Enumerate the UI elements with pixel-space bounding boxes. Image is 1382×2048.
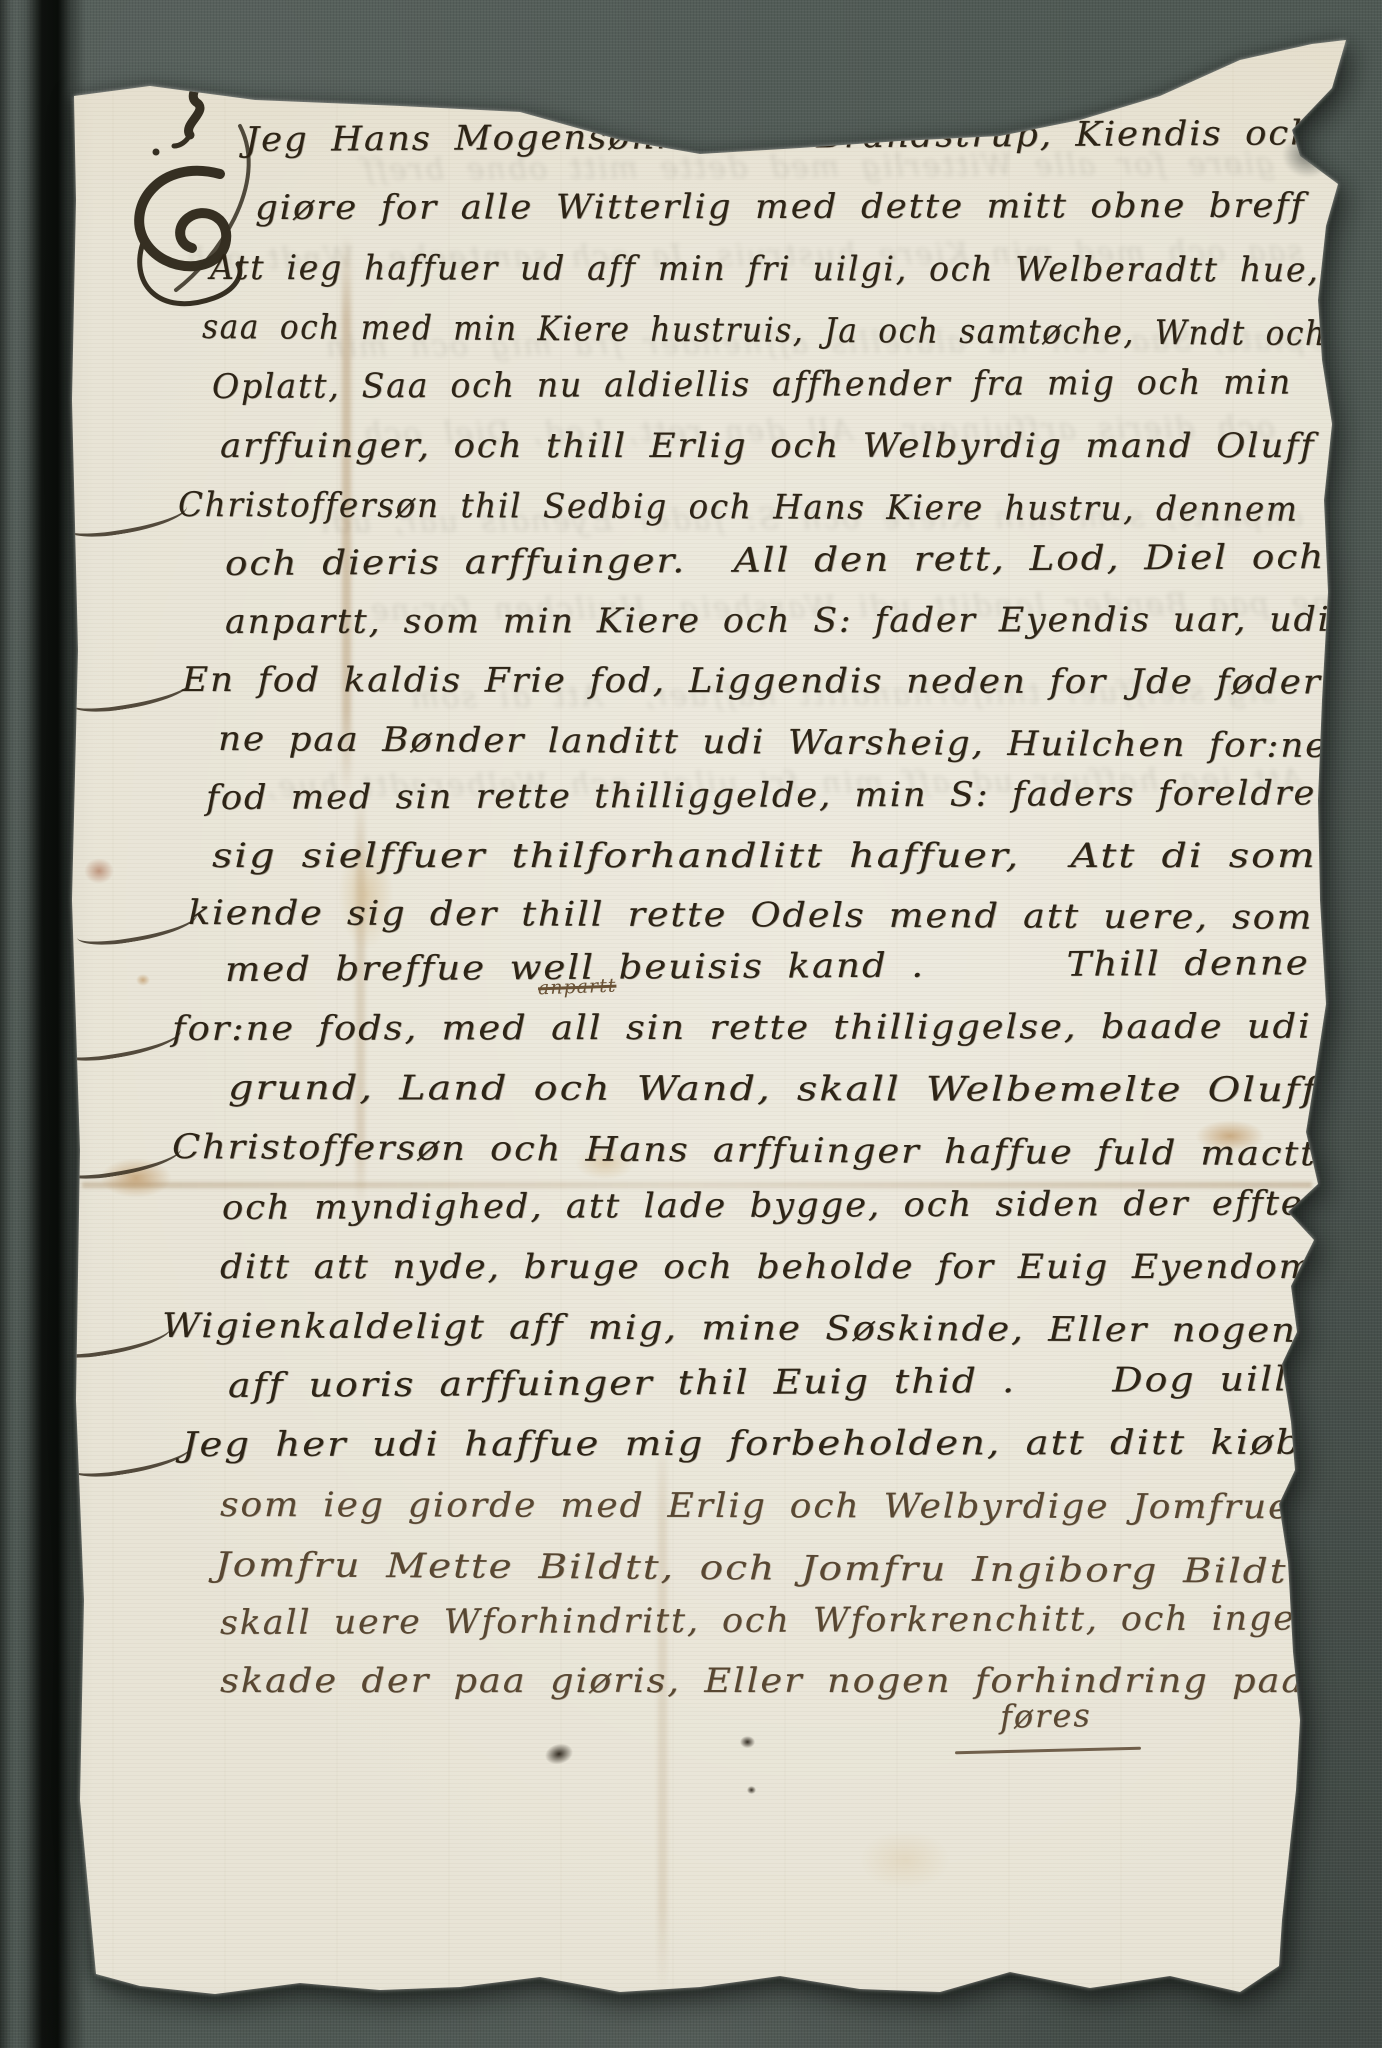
manuscript-line: arffuinger, och thill Erlig och Welbyrdi… bbox=[220, 424, 1315, 470]
manuscript-line-text: Christoffersøn och Hans arffuinger haffu… bbox=[172, 1125, 1317, 1176]
manuscript-line: och myndighed, att lade bygge, och siden… bbox=[222, 1186, 1322, 1232]
manuscript-line: anpartt, som min Kiere och S: fader Eyen… bbox=[225, 600, 1330, 646]
manuscript-line: fod med sin rette thilliggelde, min S: f… bbox=[206, 776, 1316, 822]
manuscript-line-text: Jeg Hans Mogensønn Thill Brandstrup, Kie… bbox=[245, 111, 1315, 162]
manuscript-line: giøre for alle Witterlig med dette mitt … bbox=[255, 186, 1305, 232]
fox-speck-left bbox=[136, 974, 150, 986]
manuscript-line: Jomfru Mette Bildtt, och Jomfru Ingiborg… bbox=[215, 1543, 1305, 1589]
manuscript-line-text: anpartt, som min Kiere och S: fader Eyen… bbox=[225, 598, 1331, 644]
ink-speck-2 bbox=[747, 1786, 756, 1794]
catchword-underline bbox=[955, 1747, 1141, 1755]
manuscript-line-text: arffuinger, och thill Erlig och Welbyrdi… bbox=[220, 424, 1315, 468]
fox-stain-top-left bbox=[82, 18, 154, 70]
manuscript-line-text: Christoffersøn thil Sedbig och Hans Kier… bbox=[178, 483, 1299, 532]
manuscript-line: Jeg her udi haffue mig forbeholden, att … bbox=[182, 1423, 1302, 1469]
manuscript-line-text: skade der paa giøris, Eller nogen forhin… bbox=[220, 1659, 1305, 1703]
manuscript-page: giøre for alle Witterlig med dette mitt … bbox=[0, 0, 1382, 2048]
manuscript-line-text: Wigienkaldeligt aff mig, mine Søskinde, … bbox=[162, 1304, 1297, 1353]
manuscript-page-wrap: giøre for alle Witterlig med dette mitt … bbox=[0, 0, 1382, 2048]
catchword: føres bbox=[1000, 1696, 1092, 1736]
manuscript-line: sig sielffuer thilforhandlitt haffuer, A… bbox=[212, 834, 1317, 880]
manuscript-line-text: sig sielffuer thilforhandlitt haffuer, A… bbox=[212, 834, 1317, 878]
tan-stain-top-edge bbox=[630, 92, 840, 156]
manuscript-line-text: Jomfru Mette Bildtt, och Jomfru Ingiborg… bbox=[215, 1543, 1305, 1594]
manuscript-line: saa och med min Kiere hustruis, Ja och s… bbox=[202, 305, 1327, 351]
manuscript-line: Christoffersøn thil Sedbig och Hans Kier… bbox=[178, 483, 1298, 529]
manuscript-line-text: och dieris arffuinger. All den rett, Lod… bbox=[225, 535, 1326, 586]
manuscript-line: Att ieg haffuer ud aff min fri uilgi, oc… bbox=[210, 246, 1320, 292]
manuscript-line: ditt att nyde, bruge och beholde for Eui… bbox=[220, 1245, 1315, 1291]
pen-flourish bbox=[68, 1434, 193, 1483]
pen-flourish bbox=[64, 494, 189, 543]
manuscript-line: skall uere Wforhindritt, och Wforkrenchi… bbox=[220, 1601, 1320, 1647]
manuscript-line-text: En fod kaldis Frie fod, Liggendis neden … bbox=[182, 658, 1322, 704]
manuscript-line-text: giøre for alle Witterlig med dette mitt … bbox=[255, 184, 1306, 230]
manuscript-line-text: Att ieg haffuer ud aff min fri uilgi, oc… bbox=[210, 246, 1320, 292]
pen-flourish bbox=[48, 1315, 173, 1364]
archive-scan-background: giøre for alle Witterlig med dette mitt … bbox=[0, 0, 1382, 2048]
manuscript-line: Oplatt, Saa och nu aldiellis affhender f… bbox=[212, 365, 1292, 411]
pen-flourish bbox=[58, 1018, 183, 1067]
manuscript-line-text: for:ne fods, med all sin rette thilligge… bbox=[172, 1005, 1312, 1051]
manuscript-line: En fod kaldis Frie fod, Liggendis neden … bbox=[182, 658, 1322, 704]
manuscript-line: Jeg Hans Mogensønn Thill Brandstrup, Kie… bbox=[245, 118, 1315, 164]
manuscript-line-text: som ieg giorde med Erlig och Welbyrdige … bbox=[220, 1483, 1310, 1529]
manuscript-line: Christoffersøn och Hans arffuinger haffu… bbox=[172, 1125, 1317, 1171]
manuscript-line: grund, Land och Wand, skall Welbemelte O… bbox=[228, 1066, 1318, 1112]
margin-stain-red bbox=[84, 858, 114, 884]
manuscript-line-text: Jeg her udi haffue mig forbeholden, att … bbox=[182, 1421, 1302, 1467]
manuscript-line: aff uoris arffuinger thil Euig thid . Do… bbox=[228, 1364, 1288, 1410]
pen-flourish bbox=[74, 902, 199, 951]
manuscript-line-text: med breffue well beuisis kand . Thill de… bbox=[225, 941, 1310, 992]
manuscript-line: ne paa Bønder landitt udi Warsheig, Huil… bbox=[218, 717, 1328, 763]
tan-stain-bottom-center bbox=[860, 1830, 950, 1890]
manuscript-line: som ieg giorde med Erlig och Welbyrdige … bbox=[220, 1483, 1310, 1529]
manuscript-line-text: skall uere Wforhindritt, och Wforkrenchi… bbox=[220, 1596, 1320, 1645]
manuscript-line-text: saa och med min Kiere hustruis, Ja och s… bbox=[202, 305, 1327, 356]
pen-flourish bbox=[68, 669, 193, 718]
manuscript-line: Wigienkaldeligt aff mig, mine Søskinde, … bbox=[162, 1304, 1297, 1350]
manuscript-line-text: ne paa Bønder landitt udi Warsheig, Huil… bbox=[218, 717, 1328, 768]
interlinear-insertion: anpartt bbox=[538, 975, 617, 1000]
manuscript-line-text: Oplatt, Saa och nu aldiellis affhender f… bbox=[212, 360, 1292, 409]
manuscript-line: med breffue well beuisis kand . Thill de… bbox=[225, 948, 1310, 994]
manuscript-line: och dieris arffuinger. All den rett, Lod… bbox=[225, 542, 1325, 588]
manuscript-line: for:ne fods, med all sin rette thilligge… bbox=[172, 1007, 1312, 1053]
manuscript-line: kiende sig der thill rette Odels mend at… bbox=[188, 891, 1313, 937]
pen-flourish bbox=[58, 1136, 183, 1185]
manuscript-line-text: fod med sin rette thilliggelde, min S: f… bbox=[206, 771, 1316, 820]
manuscript-line-text: kiende sig der thill rette Odels mend at… bbox=[188, 891, 1313, 940]
ink-blot bbox=[543, 1741, 575, 1768]
manuscript-line-text: grund, Land och Wand, skall Welbemelte O… bbox=[228, 1066, 1318, 1112]
manuscript-line-text: ditt att nyde, bruge och beholde for Eui… bbox=[220, 1245, 1314, 1289]
ink-speck-1 bbox=[740, 1736, 755, 1748]
manuscript-line: skade der paa giøris, Eller nogen forhin… bbox=[220, 1659, 1305, 1705]
manuscript-line-text: och myndighed, att lade bygge, och siden… bbox=[222, 1181, 1323, 1230]
manuscript-line-text: aff uoris arffuinger thil Euig thid . Do… bbox=[228, 1357, 1289, 1408]
